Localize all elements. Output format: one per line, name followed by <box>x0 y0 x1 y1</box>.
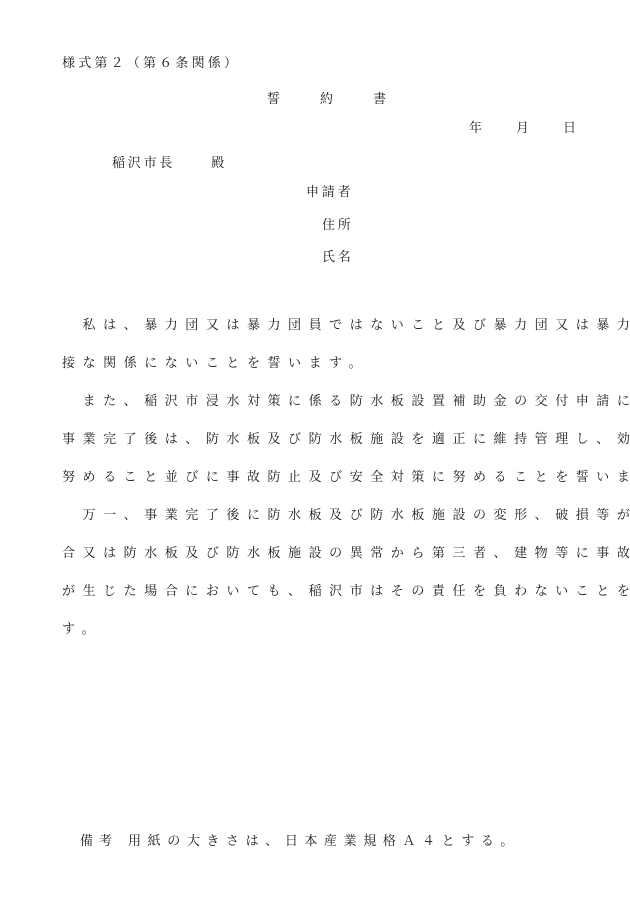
body-line: 接な関係にないことを誓います。 <box>62 356 624 394</box>
remarks-note: 備考用紙の大きさは、日本産業規格Ａ４とする。 <box>80 834 520 850</box>
body-line: が生じた場合においても、稲沢市はその責任を負わないことを了承しま <box>62 584 624 622</box>
remarks-label: 備考 <box>80 834 118 849</box>
document-title: 誓約書 <box>267 92 386 108</box>
date-month-label: 月 <box>516 121 529 137</box>
body-line: 努めること並びに事故防止及び安全対策に努めることを誓います。 <box>62 470 624 508</box>
addressee: 稲沢市長殿 <box>112 156 224 172</box>
body-line: 事業完了後は、防水板及び防水板施設を適正に維持管理し、効用発揮に <box>62 432 624 470</box>
date-year-label: 年 <box>469 121 482 137</box>
body-line: す。 <box>62 622 624 660</box>
body-line: また、稲沢市浸水対策に係る防水板設置補助金の交付申請に当たり、 <box>62 394 624 432</box>
date-day-label: 日 <box>563 121 576 137</box>
addressee-name: 稲沢市長 <box>112 156 175 171</box>
title-char: 書 <box>373 92 386 108</box>
form-number: 様式第２（第６条関係） <box>62 56 240 72</box>
date-line: 年月日 <box>469 121 576 137</box>
name-label: 氏名 <box>322 250 354 266</box>
addressee-honorific: 殿 <box>211 156 224 171</box>
pledge-body: 私は、暴力団又は暴力団員ではないこと及び暴力団又は暴力団員と密 接な関係にないこ… <box>62 318 624 660</box>
body-line: 万一、事業完了後に防水板及び防水板施設の変形、破損等が生じた場 <box>62 508 624 546</box>
applicant-label: 申請者 <box>306 185 353 201</box>
title-char: 約 <box>320 92 333 108</box>
body-line: 私は、暴力団又は暴力団員ではないこと及び暴力団又は暴力団員と密 <box>62 318 624 356</box>
address-label: 住所 <box>322 218 354 234</box>
title-char: 誓 <box>267 92 280 108</box>
body-line: 合又は防水板及び防水板施設の異常から第三者、建物等に事故、問題等 <box>62 546 624 584</box>
remarks-content: 用紙の大きさは、日本産業規格Ａ４とする。 <box>128 834 520 849</box>
